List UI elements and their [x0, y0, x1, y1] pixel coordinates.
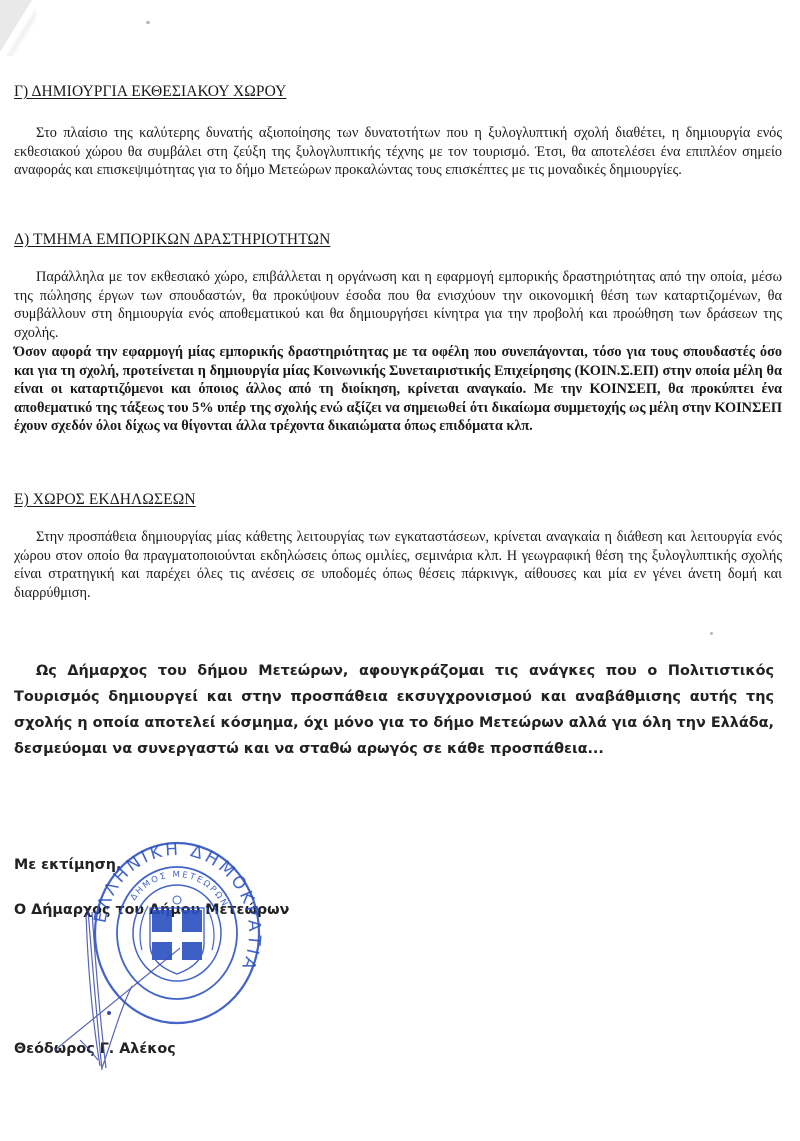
paragraph-koinsep-proposal: Όσον αφορά την εφαρμογή μίας εμπορικής δ…: [14, 343, 782, 436]
section-heading-commercial-activities: Δ) ΤΜΗΜΑ ΕΜΠΟΡΙΚΩΝ ΔΡΑΣΤΗΡΙΟΤΗΤΩΝ: [14, 231, 330, 249]
scanned-page-fold-shadow: [0, 0, 36, 56]
scan-speck: [146, 21, 150, 24]
handwritten-signature: [40, 900, 180, 1070]
scan-speck: [710, 632, 713, 635]
paragraph-commercial-activities: Παράλληλα με τον εκθεσιακό χώρο, επιβάλλ…: [14, 268, 782, 342]
section-heading-events-space: Ε) ΧΩΡΟΣ ΕΚΔΗΛΩΣΕΩΝ: [14, 491, 196, 509]
section-heading-exhibition-space: Γ) ΔΗΜΙΟΥΡΓΙΑ ΕΚΘΕΣΙΑΚΟΥ ΧΩΡΟΥ: [14, 83, 286, 101]
paragraph-exhibition-space: Στο πλαίσιο της καλύτερης δυνατής αξιοπο…: [14, 124, 782, 180]
mayor-closing-statement: Ως Δήμαρχος του δήμου Μετεώρων, αφουγκρά…: [14, 658, 774, 762]
paragraph-events-space: Στην προσπάθεια δημιουργίας μίας κάθετης…: [14, 528, 782, 602]
